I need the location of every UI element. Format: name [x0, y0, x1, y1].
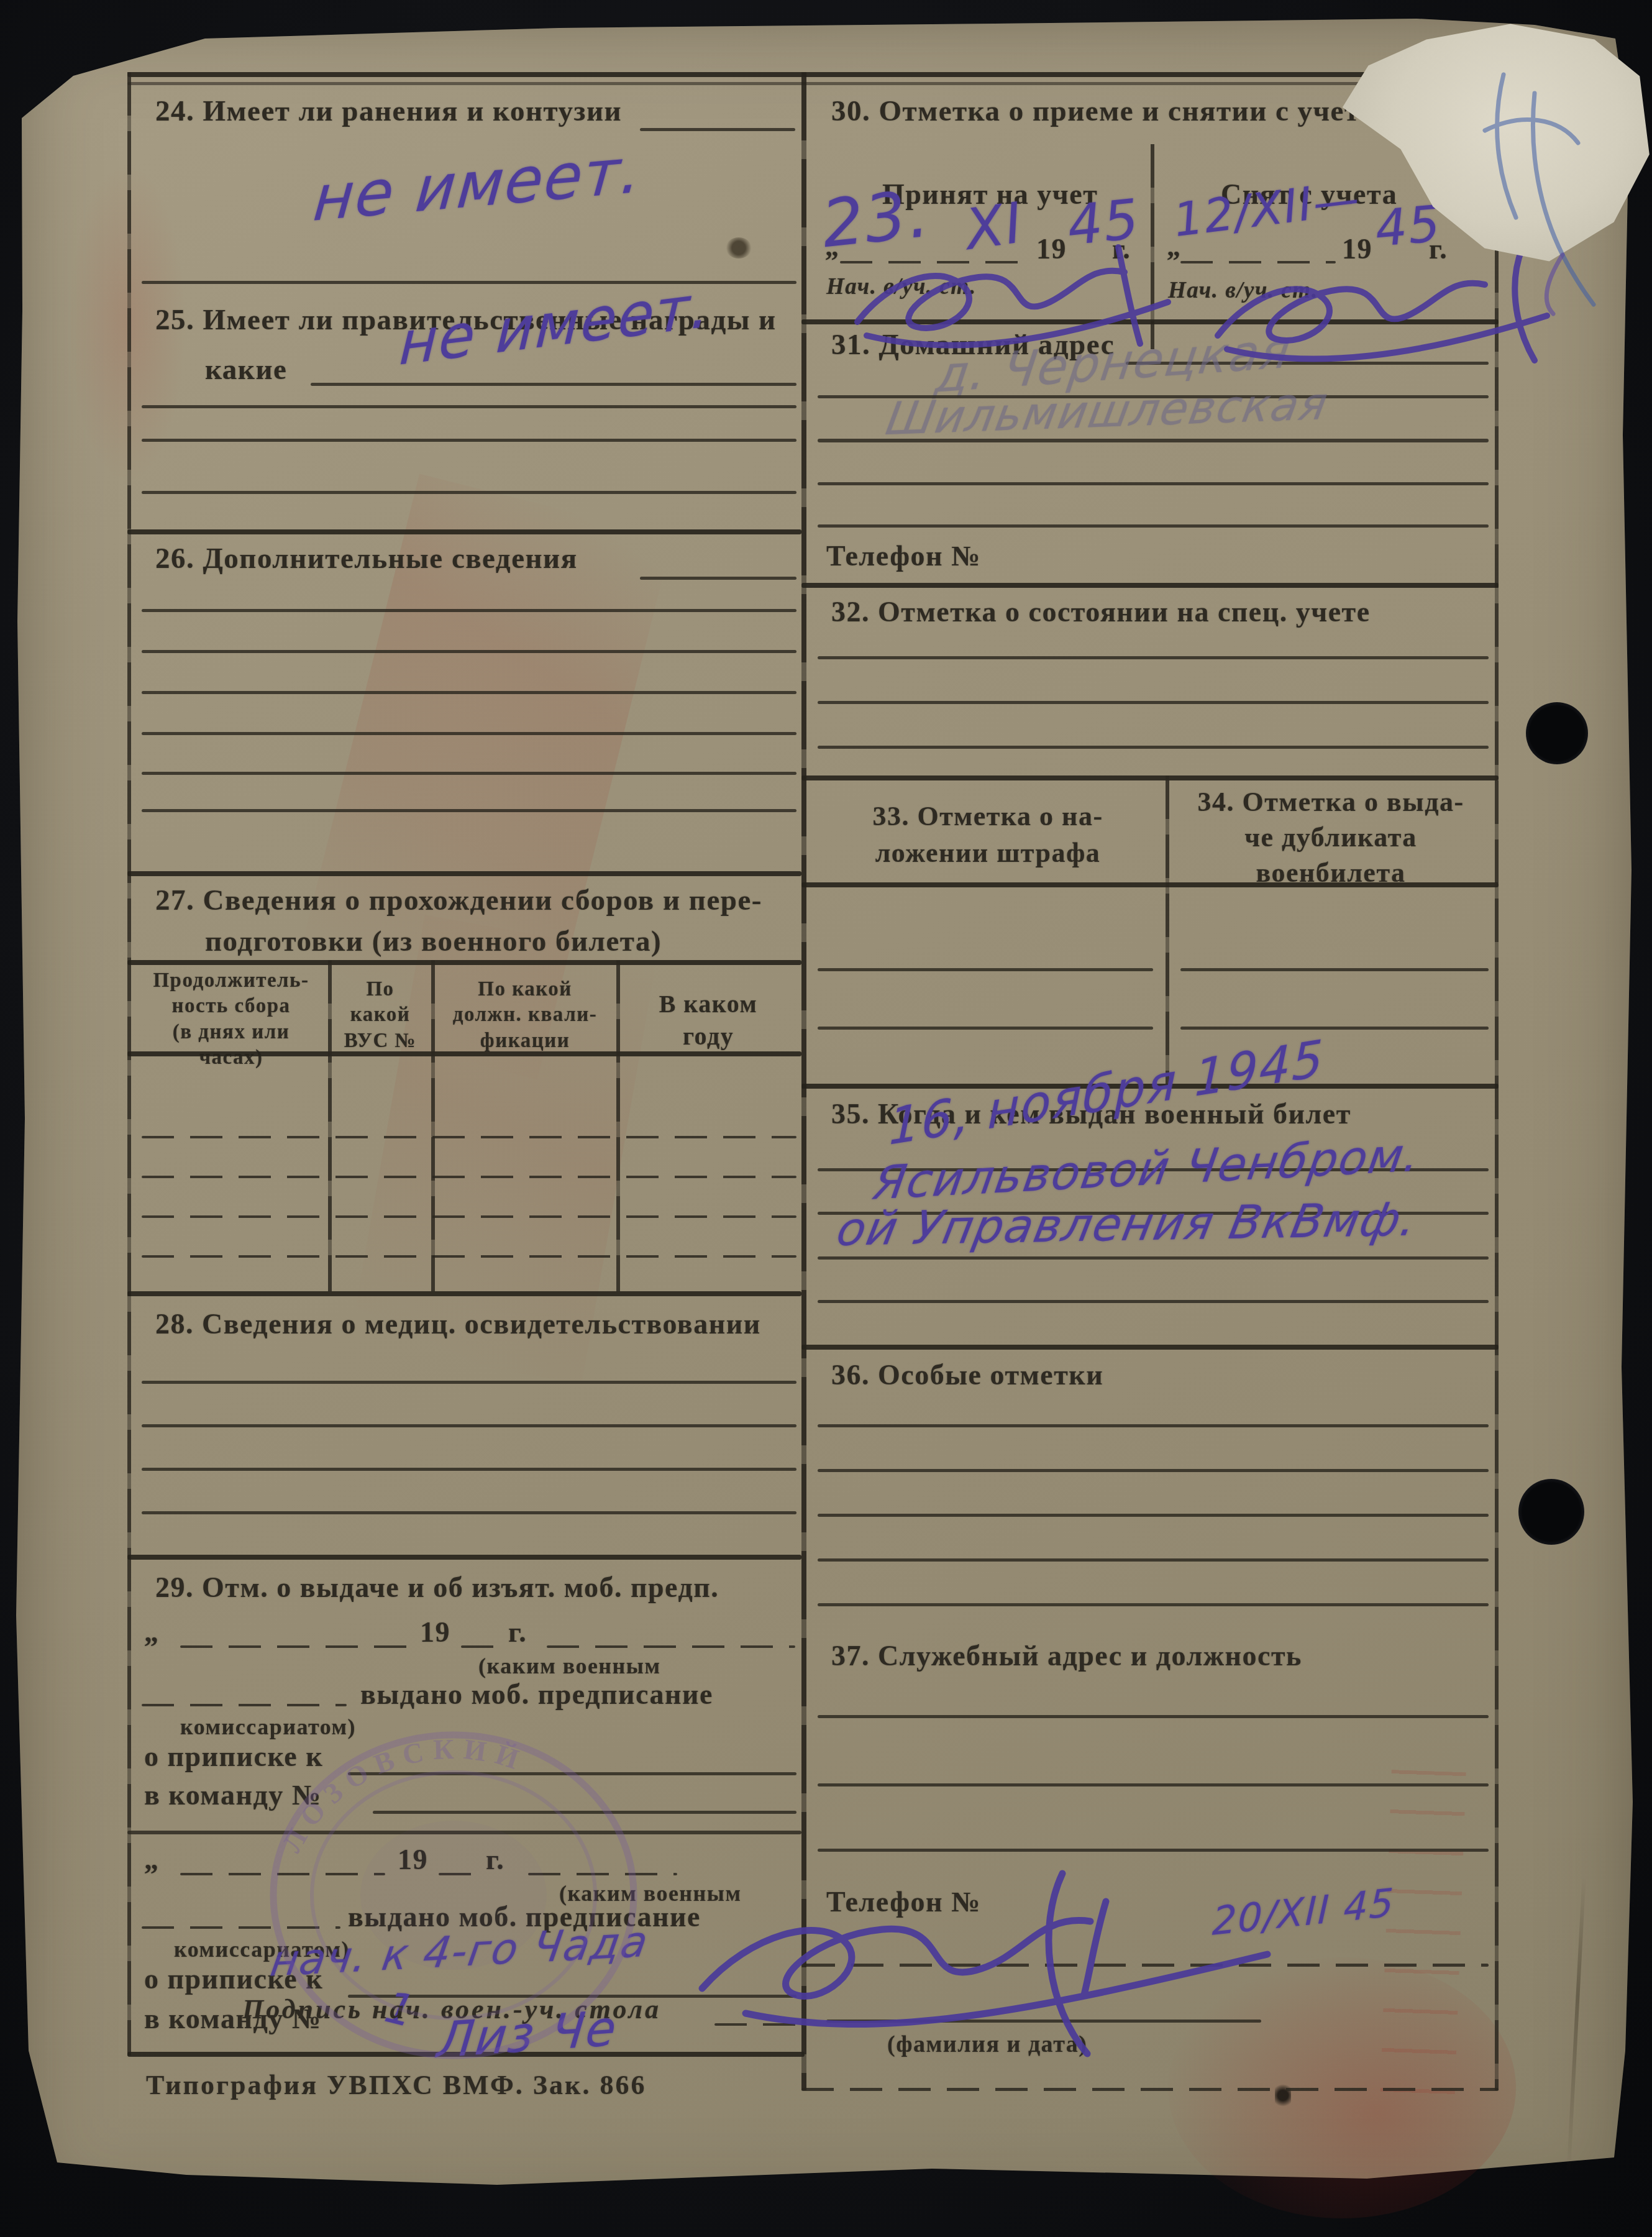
- section-34-title: 34. Отметка о выда- че дубликата военбил…: [1175, 784, 1486, 891]
- rule-line: [818, 701, 1489, 704]
- hint-military: (каким военным: [478, 1653, 660, 1679]
- rule-line: [142, 491, 796, 494]
- blue-ink-scribble: [1448, 56, 1634, 317]
- section-26-title: 26. Дополнительные сведения: [155, 542, 578, 575]
- rule-line: [818, 524, 1489, 528]
- rule-line: [818, 1783, 1489, 1786]
- quote-mark: „: [144, 1843, 160, 1876]
- rule-line: [142, 439, 796, 442]
- section-divider-line: [801, 775, 1499, 780]
- rule-line: [1180, 968, 1489, 971]
- rule-line: [142, 405, 796, 408]
- rule-line: [142, 772, 796, 775]
- punch-hole-top: [1526, 702, 1588, 764]
- header-bottom-line: [801, 882, 1499, 887]
- rule-line: [818, 656, 1489, 659]
- rule-line: [142, 1381, 796, 1384]
- rule-line: [818, 1514, 1489, 1517]
- signature-accepted: [845, 229, 1193, 372]
- punch-hole-bottom: [1518, 1479, 1584, 1545]
- ticket-issuer-handwriting-2: ой Управления ВкВмф.: [833, 1192, 1422, 1256]
- rule-line: [311, 383, 796, 386]
- rule-line: [818, 439, 1489, 442]
- section-29-title: 29. Отм. о выдаче и об изъят. моб. предп…: [155, 1571, 719, 1604]
- rule-line: [142, 609, 796, 612]
- table-header-position: По какой должн. квали- фикации: [435, 977, 615, 1054]
- rule-line: [818, 482, 1489, 485]
- rule-line: [142, 650, 796, 653]
- rule-line: [818, 1715, 1489, 1718]
- fill-line: [180, 1645, 410, 1648]
- section-37-title: 37. Служебный адрес и должность: [831, 1639, 1302, 1672]
- signature-main: [677, 1839, 1298, 2088]
- table-row-line: [142, 1136, 796, 1138]
- section-32-title: 32. Отметка о состоянии на спец. учете: [831, 595, 1371, 628]
- table-row-line: [142, 1215, 796, 1218]
- rule-line: [142, 691, 796, 694]
- section-divider-line: [127, 1291, 801, 1296]
- section-27-title-2: подготовки (из военного билета): [205, 925, 662, 958]
- rule-line: [818, 1603, 1489, 1606]
- rule-line: [142, 1511, 796, 1514]
- rule-line: [818, 1300, 1489, 1303]
- section-divider-line: [127, 871, 801, 876]
- rule-line: [818, 968, 1153, 971]
- section-33-title: 33. Отметка о на- ложении штрафа: [820, 798, 1156, 872]
- rule-line: [818, 746, 1489, 749]
- section-divider-line: [127, 529, 801, 534]
- table-row-line: [142, 1255, 796, 1258]
- section-28-title: 28. Сведения о медиц. освидетельствовани…: [155, 1307, 761, 1340]
- rule-line: [640, 128, 795, 131]
- round-stamp: ЛОЗОВСКИЙ: [217, 1678, 690, 2113]
- table-column-line: [431, 960, 435, 1291]
- section-36-title: 36. Особые отметки: [831, 1358, 1103, 1391]
- section-divider-line: [801, 583, 1499, 588]
- section-divider-line: [801, 1345, 1499, 1350]
- rule-line: [818, 1558, 1489, 1562]
- section-33-34-divider: [1166, 775, 1169, 1084]
- fill-line: [461, 1645, 498, 1648]
- table-row-line: [142, 1176, 796, 1178]
- rule-line: [142, 1468, 796, 1471]
- phone-label: Телефон №: [826, 539, 981, 572]
- rule-line: [818, 1256, 1489, 1260]
- rule-line: [818, 1424, 1489, 1427]
- rule-line: [818, 1469, 1489, 1472]
- frame-left-border: [127, 72, 131, 2056]
- rule-line: [818, 1027, 1153, 1030]
- section-25-title-2: какие: [205, 353, 287, 387]
- frame-top-line: [127, 72, 1498, 77]
- section-30-title: 30. Отметка о приеме и снятии с учета: [831, 94, 1376, 128]
- scanned-document: 24. Имеет ли ранения и контузии не имеет…: [0, 0, 1652, 2237]
- rule-line: [640, 577, 796, 580]
- table-header-year: В каком году: [620, 988, 796, 1053]
- section-divider-line: [127, 1555, 801, 1560]
- table-column-line: [616, 960, 620, 1291]
- form-bottom-dashed-line: [801, 2088, 1499, 2091]
- rule-line: [142, 1424, 796, 1427]
- section-24-title: 24. Имеет ли ранения и контузии: [155, 94, 622, 128]
- table-header-vus: По какой ВУС №: [331, 977, 430, 1054]
- table-column-line: [328, 960, 332, 1291]
- year-suffix: г.: [508, 1616, 527, 1649]
- table-top-line: [127, 960, 801, 965]
- rule-line: [142, 732, 796, 735]
- quote-mark: „: [144, 1616, 160, 1649]
- rule-line: [142, 809, 796, 812]
- table-header-bottom-line: [127, 1051, 801, 1056]
- rule-line: [1180, 1027, 1489, 1030]
- section-27-title: 27. Сведения о прохождении сборов и пере…: [155, 884, 762, 917]
- frame-middle-divider: [801, 72, 806, 2090]
- fill-line: [547, 1645, 795, 1648]
- frame-top-line-2: [127, 82, 1498, 85]
- year-prefix: 19: [420, 1616, 450, 1649]
